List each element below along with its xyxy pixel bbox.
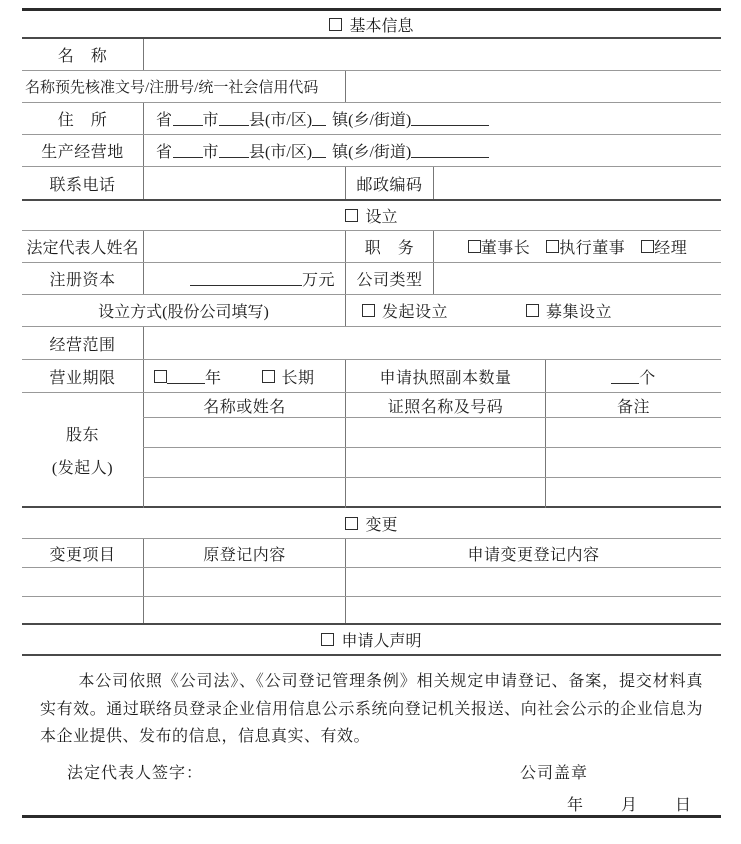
production-town-blank[interactable]	[411, 143, 489, 158]
declaration-block: 本公司依照《公司法》、《公司登记管理条例》相关规定申请登记、备案，提交材料真实有…	[22, 656, 721, 815]
shareholder-row-1	[143, 418, 721, 448]
shareholder-grid: 名称或姓名 证照名称及号码 备注	[143, 393, 721, 506]
setup-method-options: 发起设立 募集设立	[345, 295, 721, 326]
change-header-row: 变更项目 原登记内容 申请变更登记内容	[22, 539, 721, 568]
position-option-executive-director[interactable]: 执行董事	[546, 235, 625, 258]
business-term-field: 年 长期	[143, 360, 345, 392]
shareholder-section: 股东 (发起人) 名称或姓名 证照名称及号码 备注	[22, 393, 721, 508]
license-copies-label: 申请执照副本数量	[345, 360, 545, 392]
residence-town-label: 镇(乡/街道)	[332, 107, 411, 130]
shareholder-2-license-cell[interactable]	[345, 448, 545, 477]
registered-capital-field: 万元	[143, 263, 345, 294]
production-province-blank[interactable]	[173, 143, 203, 158]
shareholder-row-2	[143, 448, 721, 478]
longterm-label: 长期	[282, 365, 315, 388]
longterm-checkbox[interactable]	[262, 370, 275, 383]
precheck-number-field[interactable]	[345, 71, 721, 102]
row-setup-method: 设立方式(股份公司填写) 发起设立 募集设立	[22, 295, 721, 327]
residence-town-blank[interactable]	[411, 111, 489, 126]
term-years-blank[interactable]	[167, 369, 205, 384]
phone-label: 联系电话	[22, 167, 143, 199]
company-name-field[interactable]	[143, 39, 721, 70]
residence-field: 省市县(市/区)镇(乡/街道)	[143, 103, 721, 134]
change-col-original: 原登记内容	[143, 539, 345, 567]
registered-capital-unit: 万元	[302, 267, 335, 290]
setup-option-sponsored[interactable]: 发起设立	[362, 299, 448, 322]
business-scope-field[interactable]	[143, 327, 721, 359]
change-2-item-cell[interactable]	[22, 597, 143, 623]
company-type-field[interactable]	[433, 263, 721, 294]
declaration-section-checkbox[interactable]	[321, 633, 334, 646]
fundraising-setup-label: 募集设立	[546, 299, 612, 322]
company-type-label: 公司类型	[345, 263, 433, 294]
company-seal-label: 公司盖章	[520, 760, 588, 783]
executive-director-label: 执行董事	[559, 235, 625, 258]
declaration-text: 本公司依照《公司法》、《公司登记管理条例》相关规定申请登记、备案，提交材料真实有…	[22, 656, 721, 751]
row-precheck-number: 名称预先核准文号/注册号/统一社会信用代码	[22, 71, 721, 103]
position-option-manager[interactable]: 经理	[641, 235, 687, 258]
row-phone-postcode: 联系电话 邮政编码	[22, 167, 721, 201]
residence-province-label: 省	[156, 107, 173, 130]
residence-label: 住 所	[22, 103, 143, 134]
setup-method-label: 设立方式(股份公司填写)	[22, 295, 345, 326]
declaration-section-title: 申请人声明	[341, 628, 421, 651]
change-2-original-cell[interactable]	[143, 597, 345, 623]
residence-county-blank[interactable]	[312, 111, 326, 126]
position-label: 职 务	[345, 231, 433, 262]
shareholder-col-remark: 备注	[545, 393, 721, 417]
shareholder-2-remark-cell[interactable]	[545, 448, 721, 477]
change-col-requested: 申请变更登记内容	[345, 539, 721, 567]
postcode-field[interactable]	[433, 167, 721, 199]
row-company-name: 名 称	[22, 39, 721, 71]
establishment-section-checkbox[interactable]	[345, 209, 358, 222]
shareholder-1-license-cell[interactable]	[345, 418, 545, 447]
change-1-requested-cell[interactable]	[345, 568, 721, 596]
signature-row: 法定代表人签字： 公司盖章	[22, 760, 721, 782]
shareholder-1-name-cell[interactable]	[143, 418, 345, 447]
change-col-item: 变更项目	[22, 539, 143, 567]
shareholder-col-license: 证照名称及号码	[345, 393, 545, 417]
production-county-label: 县(市/区)	[249, 139, 312, 162]
executive-director-checkbox[interactable]	[546, 240, 559, 253]
business-term-label: 营业期限	[22, 360, 143, 392]
setup-option-fundraising[interactable]: 募集设立	[526, 299, 612, 322]
section-header-declaration: 申请人声明	[22, 625, 721, 656]
production-town-label: 镇(乡/街道)	[332, 139, 411, 162]
company-name-label: 名 称	[22, 39, 143, 70]
shareholder-3-license-cell[interactable]	[345, 478, 545, 508]
section-header-change: 变更	[22, 508, 721, 539]
change-1-item-cell[interactable]	[22, 568, 143, 596]
production-site-field: 省市县(市/区)镇(乡/街道)	[143, 135, 721, 166]
residence-county-label: 县(市/区)	[249, 107, 312, 130]
change-row-1	[22, 568, 721, 597]
registered-capital-label: 注册资本	[22, 263, 143, 294]
change-1-original-cell[interactable]	[143, 568, 345, 596]
precheck-number-label: 名称预先核准文号/注册号/统一社会信用代码	[22, 71, 345, 102]
postcode-label: 邮政编码	[345, 167, 433, 199]
establishment-section-title: 设立	[365, 204, 397, 227]
row-production-site: 生产经营地 省市县(市/区)镇(乡/街道)	[22, 135, 721, 167]
shareholder-3-remark-cell[interactable]	[545, 478, 721, 508]
position-options: 董事长 执行董事 经理	[433, 231, 721, 262]
shareholder-1-remark-cell[interactable]	[545, 418, 721, 447]
section-header-basic-info: 基本信息	[22, 11, 721, 39]
declaration-area: 本公司依照《公司法》、《公司登记管理条例》相关规定申请登记、备案，提交材料真实有…	[22, 656, 721, 815]
basic-info-section-checkbox[interactable]	[329, 18, 342, 31]
legal-rep-label: 法定代表人姓名	[22, 231, 143, 262]
shareholder-row-3	[143, 478, 721, 508]
residence-city-label: 市	[203, 107, 220, 130]
manager-label: 经理	[654, 235, 687, 258]
basic-info-section-title: 基本信息	[349, 13, 413, 36]
legal-rep-field[interactable]	[143, 231, 345, 262]
business-scope-label: 经营范围	[22, 327, 143, 359]
row-business-term: 营业期限 年 长期 申请执照副本数量 个	[22, 360, 721, 393]
license-copies-blank[interactable]	[611, 369, 639, 384]
fundraising-setup-checkbox[interactable]	[526, 304, 539, 317]
registered-capital-blank[interactable]	[190, 271, 302, 286]
date-line: 年 月 日	[567, 792, 693, 815]
production-city-label: 市	[203, 139, 220, 162]
company-registration-form: 基本信息 名 称 名称预先核准文号/注册号/统一社会信用代码 住 所 省市县(市…	[0, 0, 741, 844]
sponsored-setup-checkbox[interactable]	[362, 304, 375, 317]
production-county-blank[interactable]	[312, 143, 326, 158]
production-city-blank[interactable]	[219, 143, 249, 158]
term-longterm-option[interactable]: 长期	[262, 365, 315, 388]
shareholder-header-row: 名称或姓名 证照名称及号码 备注	[143, 393, 721, 418]
position-option-chairman[interactable]: 董事长	[468, 235, 531, 258]
chairman-label: 董事长	[481, 235, 531, 258]
chairman-checkbox[interactable]	[468, 240, 481, 253]
change-row-2	[22, 597, 721, 625]
production-province-label: 省	[156, 139, 173, 162]
form-table: 基本信息 名 称 名称预先核准文号/注册号/统一社会信用代码 住 所 省市县(市…	[22, 8, 721, 818]
term-years-checkbox[interactable]	[154, 370, 167, 383]
sponsored-setup-label: 发起设立	[382, 299, 448, 322]
row-registered-capital: 注册资本 万元 公司类型	[22, 263, 721, 295]
shareholder-3-name-cell[interactable]	[143, 478, 345, 508]
residence-city-blank[interactable]	[219, 111, 249, 126]
row-residence: 住 所 省市县(市/区)镇(乡/街道)	[22, 103, 721, 135]
change-2-requested-cell[interactable]	[345, 597, 721, 623]
license-copies-unit: 个	[639, 365, 656, 388]
shareholder-label-line1: 股东	[66, 422, 99, 445]
production-site-label: 生产经营地	[22, 135, 143, 166]
license-copies-field: 个	[545, 360, 721, 392]
change-section-title: 变更	[365, 512, 397, 535]
legal-rep-signature-label: 法定代表人签字：	[67, 760, 203, 783]
shareholder-2-name-cell[interactable]	[143, 448, 345, 477]
shareholder-label-line2: (发起人)	[52, 455, 113, 478]
shareholder-label: 股东 (发起人)	[22, 393, 143, 506]
term-year-unit: 年	[205, 365, 222, 388]
manager-checkbox[interactable]	[641, 240, 654, 253]
row-business-scope: 经营范围	[22, 327, 721, 360]
change-section-checkbox[interactable]	[345, 517, 358, 530]
residence-province-blank[interactable]	[173, 111, 203, 126]
phone-field[interactable]	[143, 167, 345, 199]
row-legal-rep: 法定代表人姓名 职 务 董事长 执行董事 经理	[22, 231, 721, 263]
section-header-establishment: 设立	[22, 201, 721, 231]
shareholder-col-name: 名称或姓名	[143, 393, 345, 417]
